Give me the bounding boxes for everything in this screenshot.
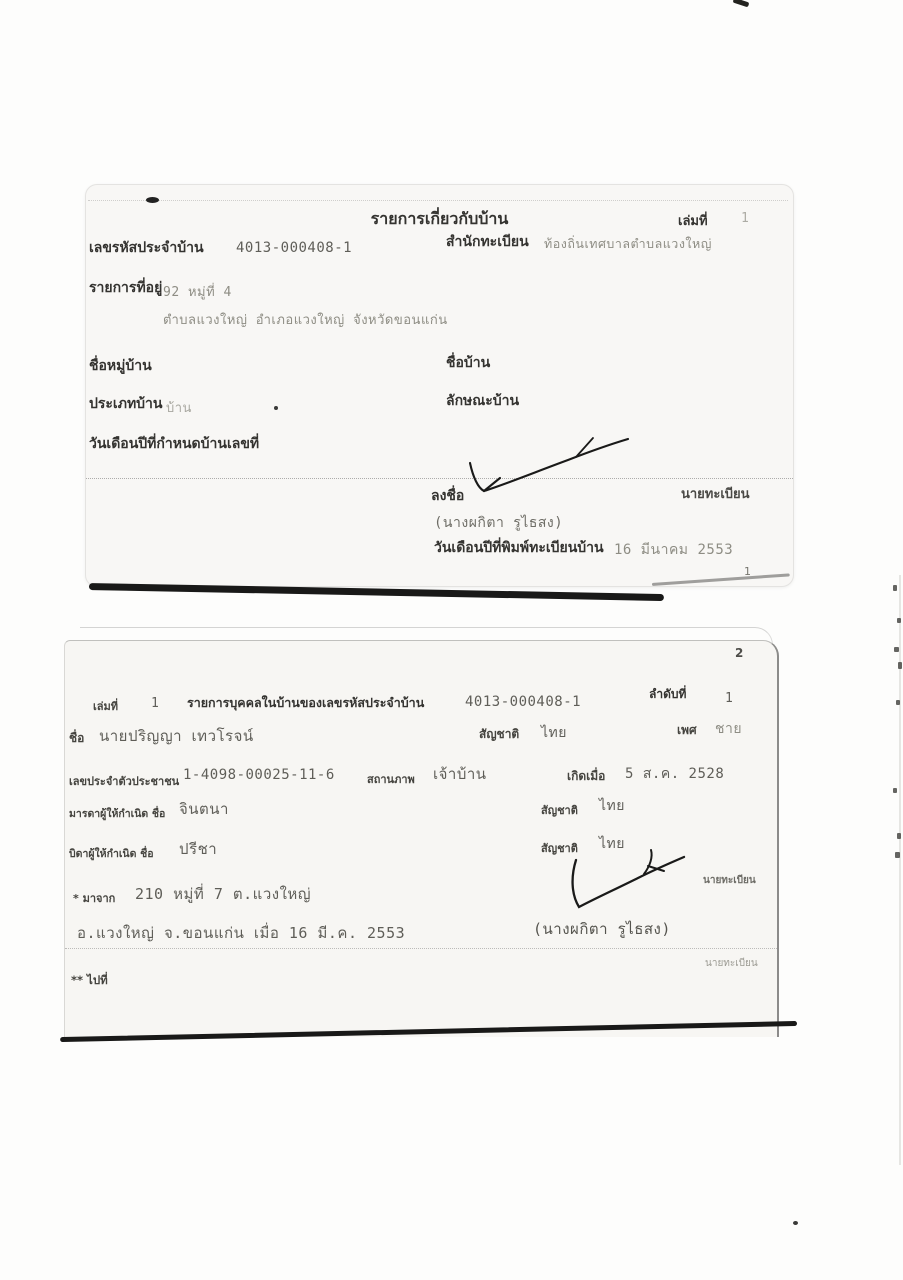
registry-office-value: ท้องถิ่นเทศบาลตำบลแวงใหญ่	[544, 234, 712, 254]
order-value: 1	[725, 691, 733, 706]
father-name: ปรีชา	[179, 837, 217, 861]
moved-from-value: 210 หมู่ที่ 7 ต.แวงใหญ่	[135, 882, 311, 906]
registrar-signature	[560, 844, 690, 916]
scan-artifact-speck	[893, 585, 897, 591]
mother-label: มารดาผู้ให้กำเนิด ชื่อ	[69, 805, 165, 822]
address-label: รายการที่อยู่	[89, 277, 162, 299]
registrar-signature	[456, 435, 641, 497]
nationality-value: ไทย	[541, 722, 567, 744]
card-title: รายการบุคคลในบ้านของเลขรหัสประจำบ้าน	[187, 693, 424, 713]
scan-artifact-speck	[894, 647, 899, 652]
scan-artifact-ink-blob	[146, 197, 159, 203]
volume-label: เล่มที่	[678, 210, 708, 231]
birth-value: 5 ส.ค. 2528	[625, 763, 724, 785]
print-date-value: 16 มีนาคม 2553	[614, 539, 733, 561]
volume-value: 1	[151, 696, 159, 711]
father-label: บิดาผู้ให้กำเนิด ชื่อ	[69, 845, 154, 862]
house-name-label: ชื่อบ้าน	[446, 352, 490, 374]
date-assigned-label: วันเดือนปีที่กำหนดบ้านเลขที่	[89, 433, 259, 455]
house-code-label: เลขรหัสประจำบ้าน	[89, 237, 204, 259]
mother-nationality-label: สัญชาติ	[541, 801, 578, 819]
house-record-card: รายการเกี่ยวกับบ้าน เล่มที่ 1 เลขรหัสประ…	[85, 184, 794, 587]
sex-label: เพศ	[677, 721, 697, 740]
scanned-house-registration-document: รายการเกี่ยวกับบ้าน เล่มที่ 1 เลขรหัสประ…	[0, 0, 903, 1280]
scan-artifact-dotted-line	[88, 200, 788, 201]
moved-to-label: ** ไปที่	[71, 972, 108, 990]
birth-label: เกิดเมื่อ	[567, 767, 605, 786]
mother-name: จินตนา	[179, 797, 229, 821]
person-record-card: 2 เล่มที่ 1 รายการบุคคลในบ้านของเลขรหัสป…	[64, 640, 779, 1037]
house-type-value: บ้าน	[166, 397, 192, 418]
house-style-label: ลักษณะบ้าน	[446, 390, 519, 412]
status-label: สถานภาพ	[367, 770, 415, 788]
registry-office-label: สำนักทะเบียน	[446, 231, 529, 253]
scan-artifact-speck	[897, 618, 901, 623]
registrar-label-lower: นายทะเบียน	[705, 956, 758, 971]
village-name-label: ชื่อหมู่บ้าน	[89, 355, 152, 377]
house-code-value: 4013-000408-1	[236, 240, 352, 256]
volume-label: เล่มที่	[93, 697, 118, 715]
page-number: 2	[735, 646, 743, 660]
moved-from-line2: อ.แวงใหญ่ จ.ขอนแก่น เมื่อ 16 มี.ค. 2553	[77, 921, 405, 945]
name-label: ชื่อ	[69, 729, 84, 748]
citizen-id-value: 1-4098-00025-11-6	[183, 767, 335, 783]
order-label: ลำดับที่	[649, 685, 686, 704]
scan-artifact-speck	[895, 852, 900, 858]
sex-value: ชาย	[715, 718, 742, 740]
print-date-label: วันเดือนปีที่พิมพ์ทะเบียนบ้าน	[434, 537, 604, 559]
signer-name: (นางผกิตา รูไธสง)	[434, 512, 563, 534]
house-code-value: 4013-000408-1	[465, 694, 581, 710]
citizen-id-label: เลขประจำตัวประชาชน	[69, 772, 179, 790]
scan-artifact-speck	[897, 833, 901, 839]
name-value: นายปริญญา เทวโรจน์	[99, 724, 254, 748]
address-value: 92 หมู่ที่ 4	[163, 281, 232, 302]
scan-artifact-speck	[893, 788, 897, 793]
scan-artifact-dot	[274, 406, 278, 410]
address-line2: ตำบลแวงใหญ่ อำเภอแวงใหญ่ จังหวัดขอนแก่น	[163, 309, 448, 330]
scan-artifact-speck	[898, 662, 902, 669]
registrar-label: นายทะเบียน	[703, 873, 756, 888]
dotted-separator	[86, 478, 793, 479]
registrar-label: นายทะเบียน	[681, 483, 750, 504]
scan-artifact-pen-mark	[733, 0, 750, 7]
status-value: เจ้าบ้าน	[433, 762, 487, 786]
moved-from-label: * มาจาก	[73, 889, 115, 907]
house-type-label: ประเภทบ้าน	[89, 393, 163, 415]
scan-artifact-dot	[793, 1221, 798, 1225]
volume-value: 1	[741, 211, 749, 226]
mother-nationality-value: ไทย	[599, 795, 625, 817]
dotted-separator	[65, 948, 777, 949]
nationality-label: สัญชาติ	[479, 725, 519, 744]
signer-name: (นางผกิตา รูไธสง)	[533, 917, 671, 941]
sign-label: ลงชื่อ	[431, 485, 464, 507]
scan-artifact-speck	[896, 700, 900, 705]
